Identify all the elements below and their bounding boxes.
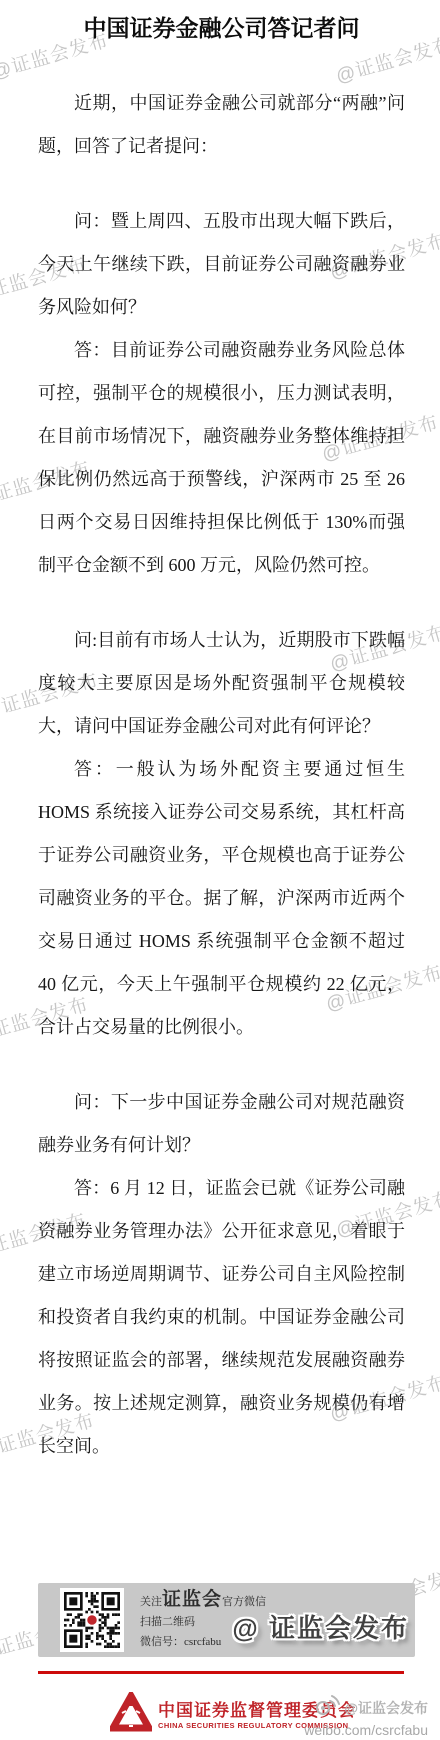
question-3: 问：下一步中国证券金融公司对规范融资融券业务有何计划？ xyxy=(38,1081,405,1167)
page-title: 中国证券金融公司答记者问 xyxy=(38,12,405,44)
wechat-id: csrcfabu xyxy=(184,1636,221,1648)
weibo-footer: @证监会发布 weibo.com/csrcfabu xyxy=(304,1694,428,1739)
csrc-fabu-badge: @ 证监会发布 xyxy=(232,1608,409,1645)
qa-block-3: 问：下一步中国证券金融公司对规范融资融券业务有何计划？ 答：6 月 12 日，证… xyxy=(38,1081,405,1468)
follow-suffix: 官方微信 xyxy=(222,1596,266,1608)
qa-block-1: 问：暨上周四、五股市出现大幅下跌后，今天上午继续下跌，目前证券公司融资融券业务风… xyxy=(38,200,405,587)
answer-3: 答：6 月 12 日，证监会已就《证券公司融资融券业务管理办法》公开征求意见，着… xyxy=(38,1167,405,1468)
csrc-logo-icon xyxy=(110,1692,152,1739)
wechat-id-label: 微信号： xyxy=(140,1636,184,1648)
red-divider xyxy=(38,1671,404,1674)
weibo-eye-icon xyxy=(314,1694,340,1721)
answer-2: 答：一般认为场外配资主要通过恒生 HOMS 系统接入证券公司交易系统，其杠杆高于… xyxy=(38,748,405,1049)
weibo-url: weibo.com/csrcfabu xyxy=(304,1721,428,1739)
wechat-banner: 关注证监会官方微信 扫描二维码 微信号：csrcfabu @ 证监会发布 xyxy=(38,1583,415,1657)
qa-block-2: 问:目前有市场人士认为，近期股市下跌幅度较大主要原因是场外配资强制平仓规模较大，… xyxy=(38,619,405,1049)
question-2: 问:目前有市场人士认为，近期股市下跌幅度较大主要原因是场外配资强制平仓规模较大，… xyxy=(38,619,405,748)
follow-prefix: 关注 xyxy=(140,1596,162,1608)
brand-name: 证监会 xyxy=(162,1589,222,1610)
question-1: 问：暨上周四、五股市出现大幅下跌后，今天上午继续下跌，目前证券公司融资融券业务风… xyxy=(38,200,405,329)
intro-paragraph: 近期，中国证券金融公司就部分“两融”问题，回答了记者提问： xyxy=(38,82,405,168)
weibo-handle: @证监会发布 xyxy=(344,1698,428,1718)
answer-1: 答：目前证券公司融资融券业务风险总体可控，强制平仓的规模很小，压力测试表明，在目… xyxy=(38,329,405,587)
qr-code-icon xyxy=(60,1588,124,1652)
document: 中国证券金融公司答记者问 近期，中国证券金融公司就部分“两融”问题，回答了记者提… xyxy=(38,0,405,1468)
